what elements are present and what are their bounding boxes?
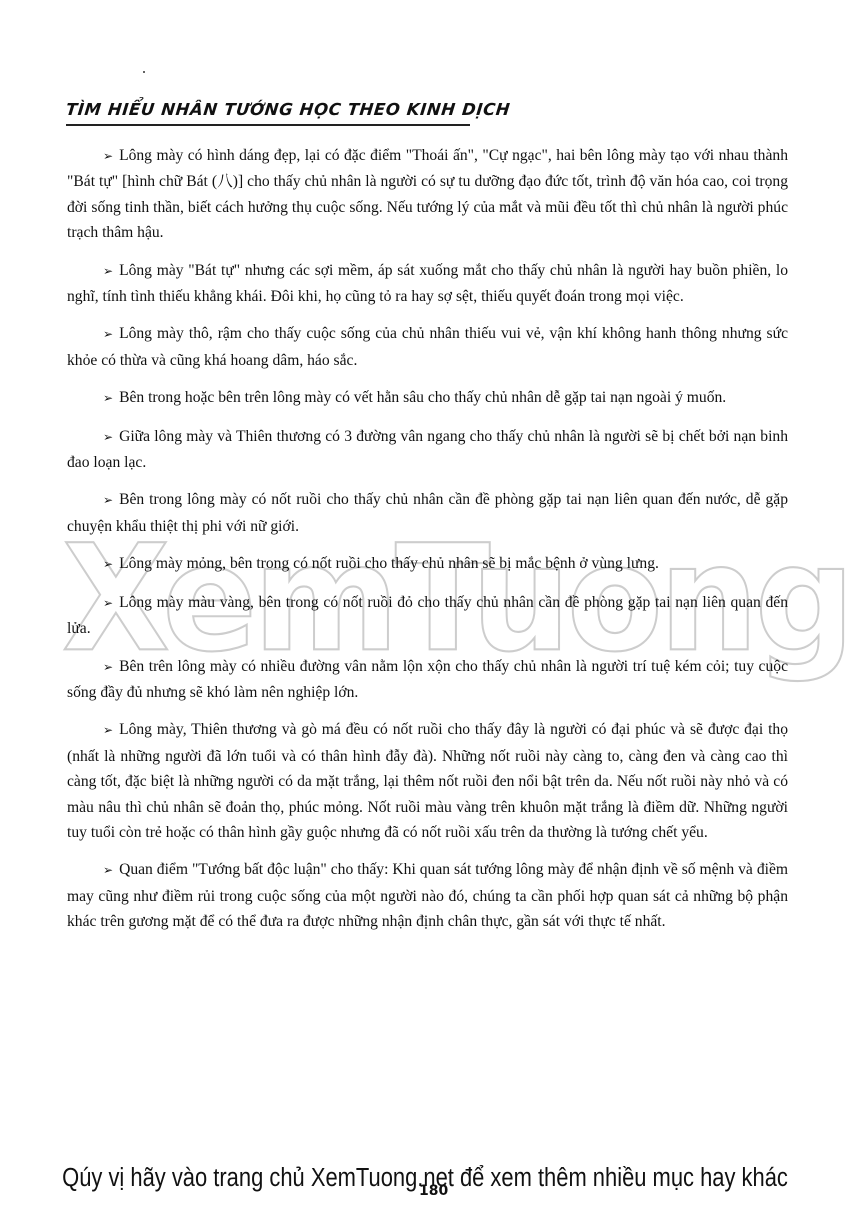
paragraph-3: ➢Lông mày thô, rậm cho thấy cuộc sống củ…: [67, 321, 788, 373]
arrow-bullet-icon: ➢: [67, 858, 113, 883]
arrow-bullet-icon: ➢: [67, 552, 113, 577]
paragraph-9: ➢Bên trên lông mày có nhiều đường vân nằ…: [67, 654, 788, 706]
paragraph-8: ➢Lông mày màu vàng, bên trong có nốt ruồ…: [67, 590, 788, 642]
arrow-bullet-icon: ➢: [67, 591, 113, 616]
paragraph-7: ➢Lông mày mỏng, bên trong có nốt ruồi ch…: [67, 551, 788, 577]
arrow-bullet-icon: ➢: [67, 386, 113, 411]
header-underline: [66, 124, 470, 126]
paragraph-2: ➢Lông mày "Bát tự" nhưng các sợi mềm, áp…: [67, 258, 788, 310]
arrow-bullet-icon: ➢: [67, 488, 113, 513]
arrow-bullet-icon: ➢: [67, 259, 113, 284]
arrow-bullet-icon: ➢: [67, 718, 113, 743]
scan-speck: [143, 71, 145, 73]
body-text: ➢Lông mày có hình dáng đẹp, lại có đặc đ…: [67, 143, 788, 947]
paragraph-5: ➢Giữa lông mày và Thiên thương có 3 đườn…: [67, 424, 788, 476]
paragraph-4: ➢Bên trong hoặc bên trên lông mày có vết…: [67, 385, 788, 411]
paragraph-10: ➢Lông mày, Thiên thương và gò má đều có …: [67, 717, 788, 845]
paragraph-6: ➢Bên trong lông mày có nốt ruồi cho thấy…: [67, 487, 788, 539]
arrow-bullet-icon: ➢: [67, 425, 113, 450]
paragraph-11: ➢Quan điểm "Tướng bất độc luận" cho thấy…: [67, 857, 788, 934]
paragraph-1: ➢Lông mày có hình dáng đẹp, lại có đặc đ…: [67, 143, 788, 246]
arrow-bullet-icon: ➢: [67, 322, 113, 347]
arrow-bullet-icon: ➢: [67, 144, 113, 169]
document-page: TÌM HIỂU NHÂN TƯỚNG HỌC THEO KINH DỊCH X…: [0, 0, 850, 1209]
arrow-bullet-icon: ➢: [67, 655, 113, 680]
page-number: 180: [419, 1183, 448, 1199]
header-title: TÌM HIỂU NHÂN TƯỚNG HỌC THEO KINH DỊCH: [65, 100, 511, 119]
running-header: TÌM HIỂU NHÂN TƯỚNG HỌC THEO KINH DỊCH: [66, 100, 470, 119]
